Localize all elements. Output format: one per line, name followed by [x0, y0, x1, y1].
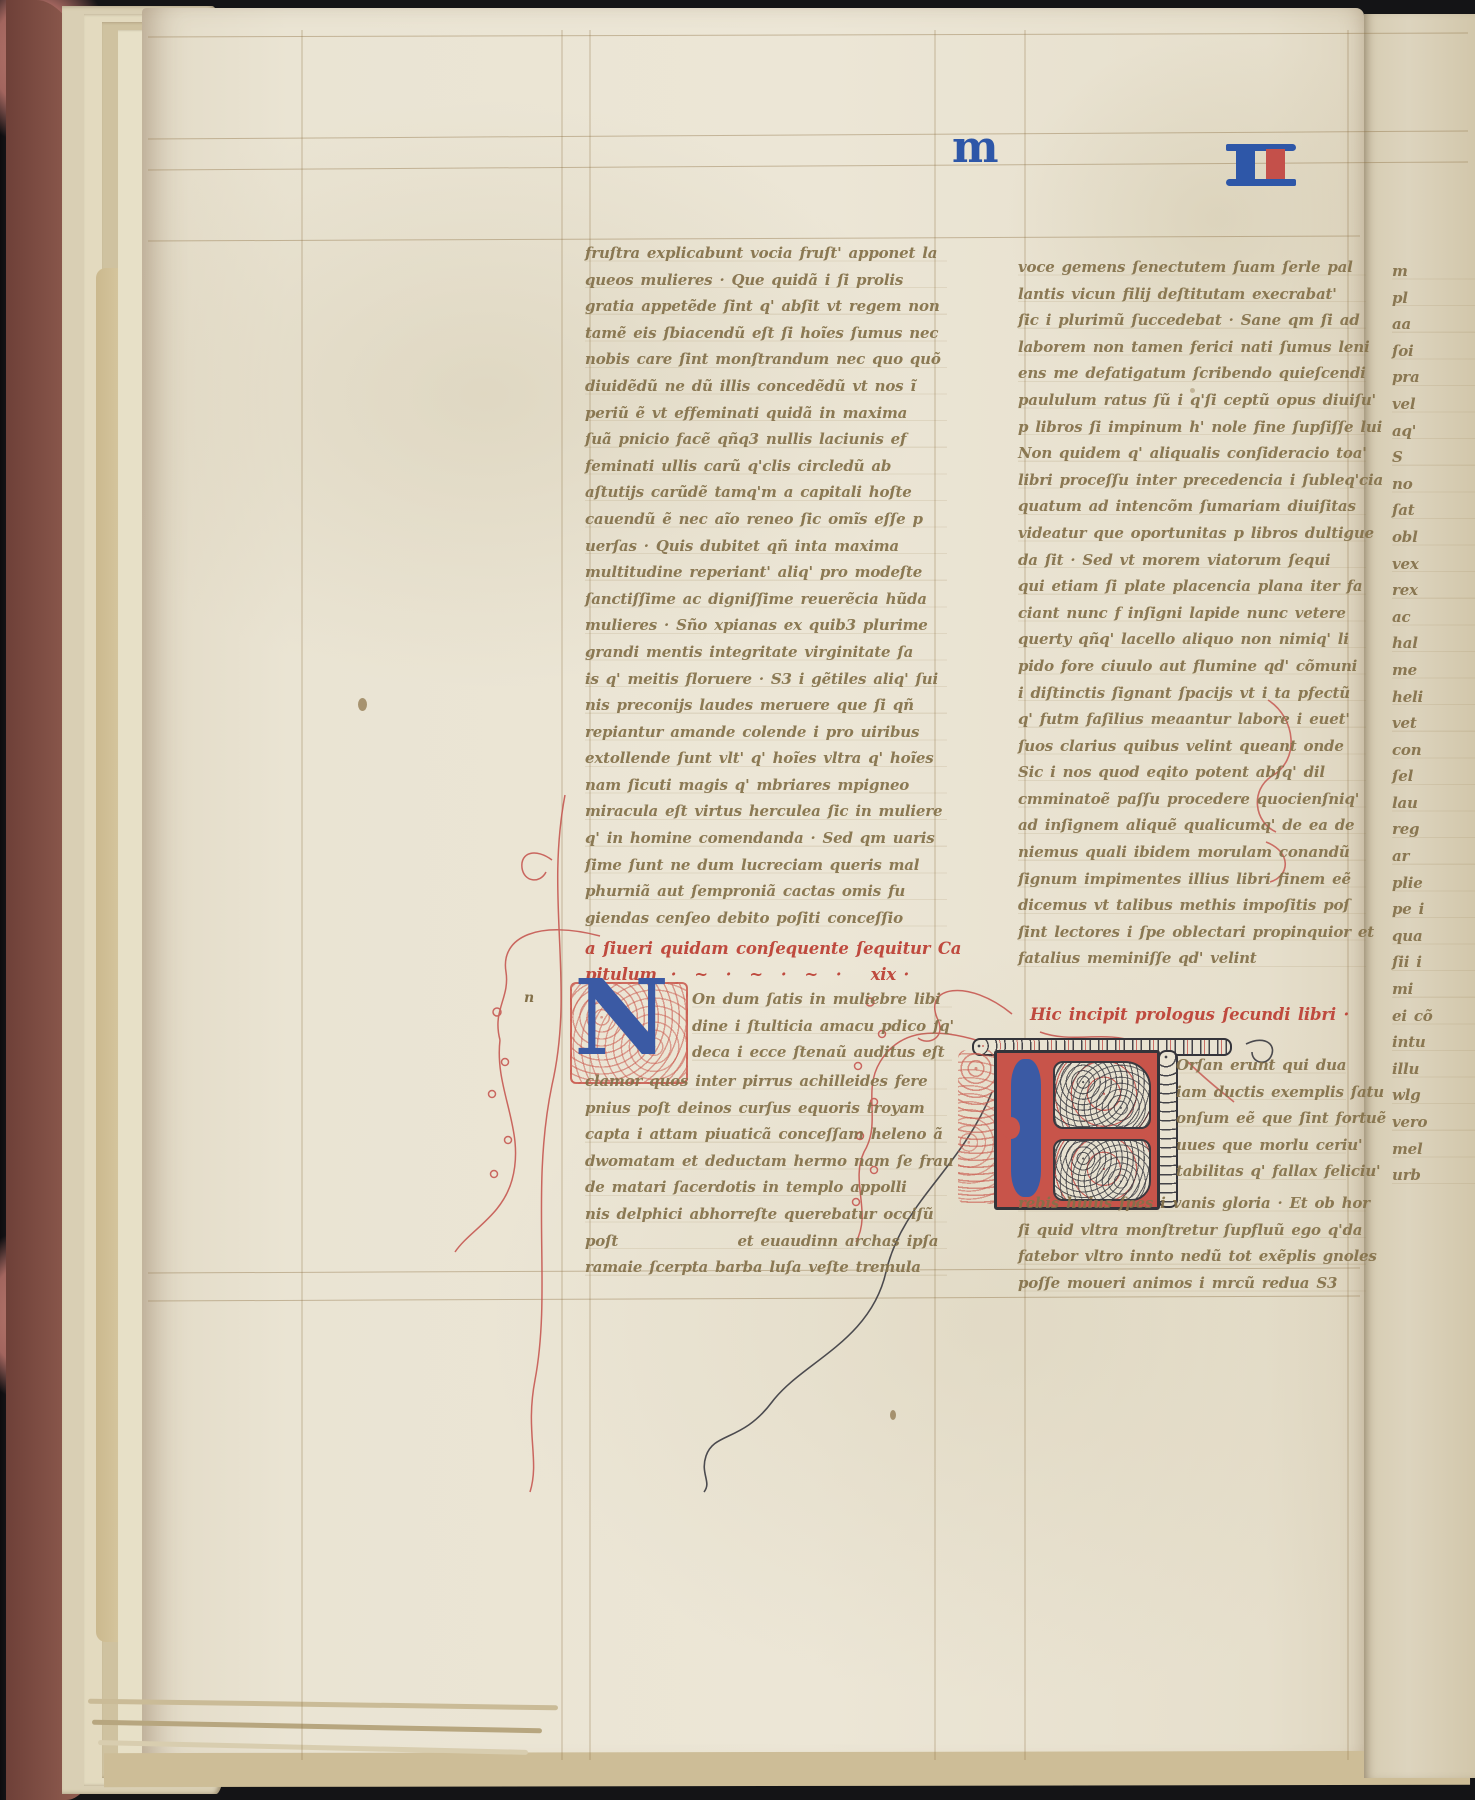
text-fragment: vel [1392, 391, 1475, 418]
text-fragment: ſii i [1392, 949, 1475, 976]
text-line: ſint lectores i ſpe oblectari propinquio… [1018, 919, 1366, 946]
text-line: miracula eſt virtus herculea ſic in muli… [585, 798, 947, 825]
text-line: querty qñq' lacello aliquo non nimiq' li [1018, 626, 1366, 653]
rubric-squiggles: · ~ · ~ · ~ · [671, 962, 847, 987]
text-line: nis delphici abhorreſte querebatur occiſ… [585, 1201, 947, 1228]
left-column-text: fruſtra explicabunt vocia fruſt' apponet… [585, 240, 947, 931]
text-line: ſuos clarius quibus velint queant onde [1018, 733, 1366, 760]
text-fragment: reg [1392, 816, 1475, 843]
text-fragment: lau [1392, 790, 1475, 817]
marginal-mark: n [524, 990, 534, 1006]
text-fragment: qua [1392, 923, 1475, 950]
text-line: feminati ullis carũ q'clis circledũ ab [585, 453, 947, 480]
text-line: phurniã aut ſemproniã cactas omis fu [585, 878, 947, 905]
text-fragment: ſel [1392, 763, 1475, 790]
text-line: p libros ſi impinum h' nole fine ſupſiſſ… [1018, 414, 1366, 441]
text-fragment: plie [1392, 870, 1475, 897]
text-line: diuidẽdũ ne dũ illis concedẽdũ vt nos ĩ [585, 373, 947, 400]
text-fragment: m [1392, 258, 1475, 285]
text-line: ens me defatigatum ſcribendo quieſcendi [1018, 360, 1366, 387]
red-filigree-left [958, 1050, 994, 1204]
text-line: On dum ſatis in muliebre libi [692, 986, 952, 1013]
text-line: pnius poſt deinos curſus equoris troyam [585, 1095, 947, 1122]
text-fragment: rex [1392, 577, 1475, 604]
text-line: ſanctiſſime ac digniſſime reuerẽcia hũda [585, 586, 947, 613]
penwork-panel [1053, 1061, 1151, 1129]
text-fragment: aq' [1392, 418, 1475, 445]
text-fragment: con [1392, 737, 1475, 764]
chapter-indent-text: On dum ſatis in muliebre libidine i ſtul… [692, 986, 952, 1066]
text-line: cauendũ ẽ nec aĩo reneo ſic omĩs eſſe p [585, 506, 947, 533]
text-line: qui etiam ſi plate placencia plana iter … [1018, 573, 1366, 600]
text-line: extollende ſunt vlt' q' hoĩes vltra q' h… [585, 745, 947, 772]
text-fragment: urb [1392, 1162, 1475, 1189]
text-line: dine i ſtulticia amacu pdico ſq' [692, 1013, 952, 1040]
text-line: ad inſignem aliquẽ qualicumq' de ea de [1018, 812, 1366, 839]
text-fragment: vex [1392, 551, 1475, 578]
chapter-number: xix · [871, 962, 909, 987]
text-line: aſtutijs carũdẽ tamq'm a capitali hoſte [585, 479, 947, 506]
text-line: ſic i plurimũ ſuccedebat · Sane qm ſi ad [1018, 307, 1366, 334]
text-line: poſſe moueri animos i mrcũ redua S3 [1018, 1270, 1366, 1297]
text-fragment: obl [1392, 524, 1475, 551]
text-fragment: vet [1392, 710, 1475, 737]
text-line: tamẽ eis ſbiacendũ eſt ſi hoĩes ſumus ne… [585, 320, 947, 347]
text-fragment: illu [1392, 1056, 1475, 1083]
text-line: dicemus vt talibus methis impoſitis poſ [1018, 892, 1366, 919]
text-fragment: aa [1392, 311, 1475, 338]
facing-page-text-fragments: mplaaſoipravelaq'Snoſatoblvexrexachalmeh… [1392, 258, 1475, 1189]
text-line: nis preconijs laudes meruere que ſi qñ [585, 692, 947, 719]
text-line: iam ductis exemplis ſatu [1176, 1079, 1346, 1106]
text-line: multitudine reperiant' aliq' pro modeſte [585, 559, 947, 586]
text-fragment: mi [1392, 976, 1475, 1003]
text-line: poſt et euaudinn archas ipſa [585, 1228, 947, 1255]
text-fragment: ſoi [1392, 338, 1475, 365]
text-line: grandi mentis integritate virginitate ſa [585, 639, 947, 666]
text-line: fatalius meminiſſe qd' velint [1018, 945, 1366, 972]
text-fragment: wlg [1392, 1082, 1475, 1109]
text-line: giendas cenſeo debito poſiti conceſſio [585, 905, 947, 932]
text-line: laborem non tamen ferici nati ſumus leni [1018, 334, 1366, 361]
text-line: fruſtra explicabunt vocia fruſt' apponet… [585, 240, 947, 267]
text-fragment: ar [1392, 843, 1475, 870]
text-fragment: pl [1392, 285, 1475, 312]
text-line: voce gemens ſenectutem ſuam ſerle pal [1018, 254, 1366, 281]
prologue-full-text: rebis huius ſpes i vanis gloria · Et ob … [1018, 1190, 1366, 1296]
text-line: libri proceſſu inter precedencia i ſuble… [1018, 467, 1366, 494]
text-fragment: ac [1392, 604, 1475, 631]
lower-leaf-edge [104, 1751, 1470, 1787]
text-line: mulieres · Sño xpianas ex quib3 plurime [585, 612, 947, 639]
text-line: nam ſicuti magis q' mbriares mpigneo [585, 772, 947, 799]
text-line: gratia appetẽde ſint q' abſit vt regem n… [585, 293, 947, 320]
text-line: is q' meitis floruere · S3 i gẽtiles ali… [585, 666, 947, 693]
text-line: lantis vicun filij deſtitutam execrabat' [1018, 281, 1366, 308]
text-line: q' in homine comendanda · Sed qm uaris [585, 825, 947, 852]
stain-speck [890, 1410, 896, 1420]
text-line: de matari ſacerdotis in templo appolli [585, 1174, 947, 1201]
text-line: clamor quos inter pirrus achilleides fer… [585, 1068, 947, 1095]
text-line: da ſit · Sed vt morem viatorum ſequi [1018, 547, 1366, 574]
prologue-beside-text: Orſan erunt qui duaiam ductis exemplis ſ… [1176, 1052, 1346, 1185]
text-line: queos mulieres · Que quidã i ſi prolis [585, 267, 947, 294]
initial-blue-stem [1011, 1059, 1041, 1197]
text-line: quatum ad intencõm ſumariam diuiſitas [1018, 493, 1366, 520]
text-line: ciant nunc f inſigni lapide nunc vetere [1018, 600, 1366, 627]
chapter-full-text: clamor quos inter pirrus achilleides fer… [585, 1068, 947, 1281]
text-fragment: heli [1392, 684, 1475, 711]
text-line: i diſtinctis ſignant ſpacijs vt i ta pfe… [1018, 680, 1366, 707]
text-line: nobis care ſint monſtrandum nec quo quõ [585, 346, 947, 373]
initial-letter: N [574, 966, 669, 1070]
text-line: q' futm faſilius meaantur labore i euet' [1018, 706, 1366, 733]
text-line: Non quidem q' aliqualis conſideracio toa… [1018, 440, 1366, 467]
text-fragment: vero [1392, 1109, 1475, 1136]
right-rubric: Hic incipit prologus ſecundi libri · [1030, 1002, 1349, 1027]
text-line: pido fore ciuulo aut flumine qd' cõmuni [1018, 653, 1366, 680]
text-line: fatebor vltro innto nedũ tot exẽplis gno… [1018, 1243, 1366, 1270]
text-fragment: pe i [1392, 896, 1475, 923]
stain-speck [358, 698, 367, 711]
right-column-text: voce gemens ſenectutem ſuam ſerle pallan… [1018, 254, 1366, 972]
text-fragment: S [1392, 444, 1475, 471]
text-line: dwomatam et deductam hermo nam ſe frau [585, 1148, 947, 1175]
numeral-serif-bar [1226, 179, 1296, 186]
text-fragment: intu [1392, 1029, 1475, 1056]
text-line: rebis huius ſpes i vanis gloria · Et ob … [1018, 1190, 1366, 1217]
stain-speck [1190, 388, 1195, 393]
initial-red-body [994, 1050, 1160, 1210]
text-line: capta i attam piuaticã conceſſam heleno … [585, 1121, 947, 1148]
text-line: uues que morlu ceriu' [1176, 1132, 1346, 1159]
quire-numeral-right [1226, 144, 1302, 186]
text-fragment: mel [1392, 1136, 1475, 1163]
text-line: Sic i nos quod eqito potent abſq' dil [1018, 759, 1366, 786]
text-fragment: hal [1392, 630, 1475, 657]
text-fragment: ei cõ [1392, 1003, 1475, 1030]
text-line: ſuã pnicio facẽ qñq3 nullis laciunis ef [585, 426, 947, 453]
text-fragment: pra [1392, 364, 1475, 391]
text-fragment: ſat [1392, 497, 1475, 524]
text-line: ſime ſunt ne dum lucreciam queris mal [585, 852, 947, 879]
text-fragment: me [1392, 657, 1475, 684]
text-line: niemus quali ibidem morulam conandũ [1018, 839, 1366, 866]
numeral-stroke-red [1266, 149, 1285, 181]
text-line: ſignum impimentes illius libri finem eẽ [1018, 866, 1366, 893]
text-line: Orſan erunt qui dua [1176, 1052, 1346, 1079]
text-fragment: no [1392, 471, 1475, 498]
numeral-stroke-blue [1236, 149, 1255, 181]
text-line: deca i ecce ſtenaũ auditus eſt [692, 1039, 952, 1066]
text-line: videatur que oportunitas p libros dultig… [1018, 520, 1366, 547]
text-line: cmminatoẽ paſſu procedere quocienſniq' [1018, 786, 1366, 813]
quire-numeral-left: m [952, 122, 999, 173]
text-line: tabilitas q' fallax feliciu' [1176, 1158, 1346, 1185]
text-line: repiantur amande colende i pro uiribus [585, 719, 947, 746]
text-line: onſum eẽ que ſint fortuẽ [1176, 1105, 1346, 1132]
text-line: periũ ẽ vt effeminati quidã in maxima [585, 400, 947, 427]
text-line: uerſas · Quis dubitet qñ inta maxima [585, 533, 947, 560]
text-line: ramaie ſcerpta barba luſa veſte tremula [585, 1254, 947, 1281]
text-line: ſi quid vltra monſtretur ſupfluũ ego q'd… [1018, 1217, 1366, 1244]
beaded-right-bar [1158, 1050, 1178, 1208]
manuscript-photo: m fruſtra explicabunt vocia fruſt' appon… [0, 0, 1475, 1800]
